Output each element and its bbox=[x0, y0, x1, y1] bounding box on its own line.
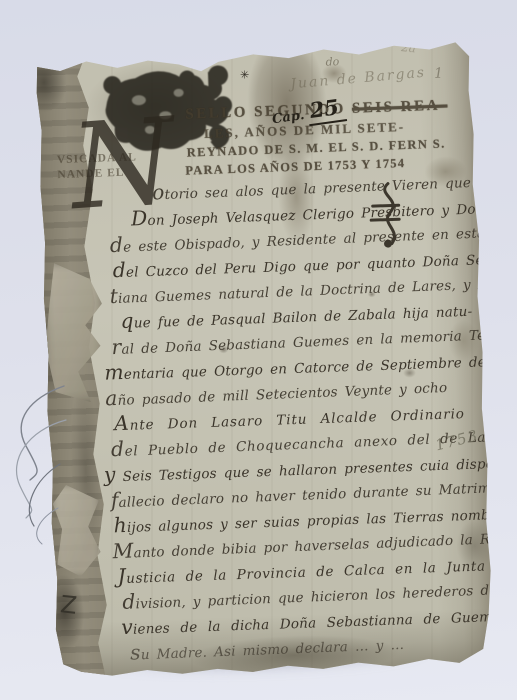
printers-mark-icon: ✳ bbox=[240, 68, 250, 81]
faint-name-annotation: Juan de Bargas bbox=[290, 65, 427, 93]
superscript-annotation: do bbox=[325, 55, 339, 68]
spine-mark: Z bbox=[59, 590, 78, 620]
chapter-label: Cap. bbox=[271, 108, 305, 127]
loose-binding-threads-icon bbox=[0, 368, 84, 563]
chapter-number: 25 bbox=[306, 93, 347, 126]
corner-scribble-annotation: 2a bbox=[401, 40, 417, 55]
manuscript-page: Z SELL bbox=[33, 41, 495, 680]
tick-annotation: 1 bbox=[434, 66, 443, 82]
handwritten-text-block: otorio sea alos que la presente Vieren q… bbox=[94, 168, 495, 666]
sello-line-1-strikethrough: SEIS REA- bbox=[352, 97, 448, 116]
manuscript-photo: Z SELL bbox=[0, 0, 517, 700]
